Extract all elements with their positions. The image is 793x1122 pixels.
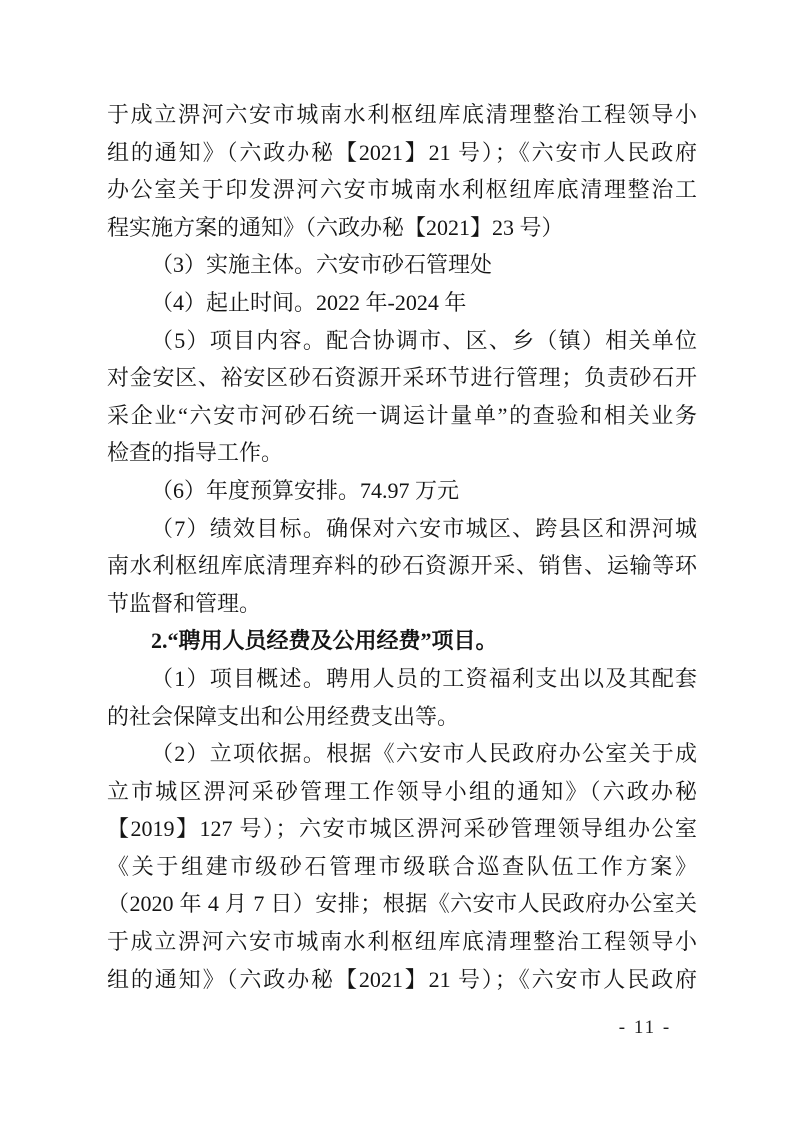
text-line: 的社会保障支出和公用经费支出等。 [107,698,697,736]
text-line: 检查的指导工作。 [107,434,697,472]
text-line: （7）绩效目标。确保对六安市城区、跨县区和淠河城 [107,510,697,548]
text-line: 于成立淠河六安市城南水利枢纽库底清理整治工程领导小 [107,96,697,134]
document-body: 于成立淠河六安市城南水利枢纽库底清理整治工程领导小组的通知》（六政办秘【2021… [107,96,697,998]
text-line: 程实施方案的通知》（六政办秘【2021】23 号） [107,209,697,247]
text-line: 立市城区淠河采砂管理工作领导小组的通知》（六政办秘 [107,773,697,811]
page-number: - 11 - [606,1016,684,1040]
text-line: （1）项目概述。聘用人员的工资福利支出以及其配套 [107,660,697,698]
text-line: 2.“聘用人员经费及公用经费”项目。 [107,622,697,660]
text-line: 节监督和管理。 [107,585,697,623]
text-line: 组的通知》（六政办秘【2021】21 号）；《六安市人民政府 [107,961,697,999]
text-line: 对金安区、裕安区砂石资源开采环节进行管理；负责砂石开 [107,359,697,397]
text-line: 采企业“六安市河砂石统一调运计量单”的查验和相关业务 [107,397,697,435]
text-line: （3）实施主体。六安市砂石管理处 [107,246,697,284]
text-line: （4）起止时间。2022 年-2024 年 [107,284,697,322]
text-line: 于成立淠河六安市城南水利枢纽库底清理整治工程领导小 [107,923,697,961]
document-page: 于成立淠河六安市城南水利枢纽库底清理整治工程领导小组的通知》（六政办秘【2021… [0,0,793,1122]
text-line: （2020 年 4 月 7 日）安排；根据《六安市人民政府办公室关 [107,885,697,923]
text-line: 【2019】127 号）；六安市城区淠河采砂管理领导组办公室 [107,810,697,848]
text-line: 办公室关于印发淠河六安市城南水利枢纽库底清理整治工 [107,171,697,209]
text-line: （2）立项依据。根据《六安市人民政府办公室关于成 [107,735,697,773]
text-line: （5）项目内容。配合协调市、区、乡（镇）相关单位 [107,322,697,360]
text-line: 组的通知》（六政办秘【2021】21 号）；《六安市人民政府 [107,134,697,172]
text-line: 《关于组建市级砂石管理市级联合巡查队伍工作方案》 [107,848,697,886]
text-line: 南水利枢纽库底清理弃料的砂石资源开采、销售、运输等环 [107,547,697,585]
text-line: （6）年度预算安排。74.97 万元 [107,472,697,510]
